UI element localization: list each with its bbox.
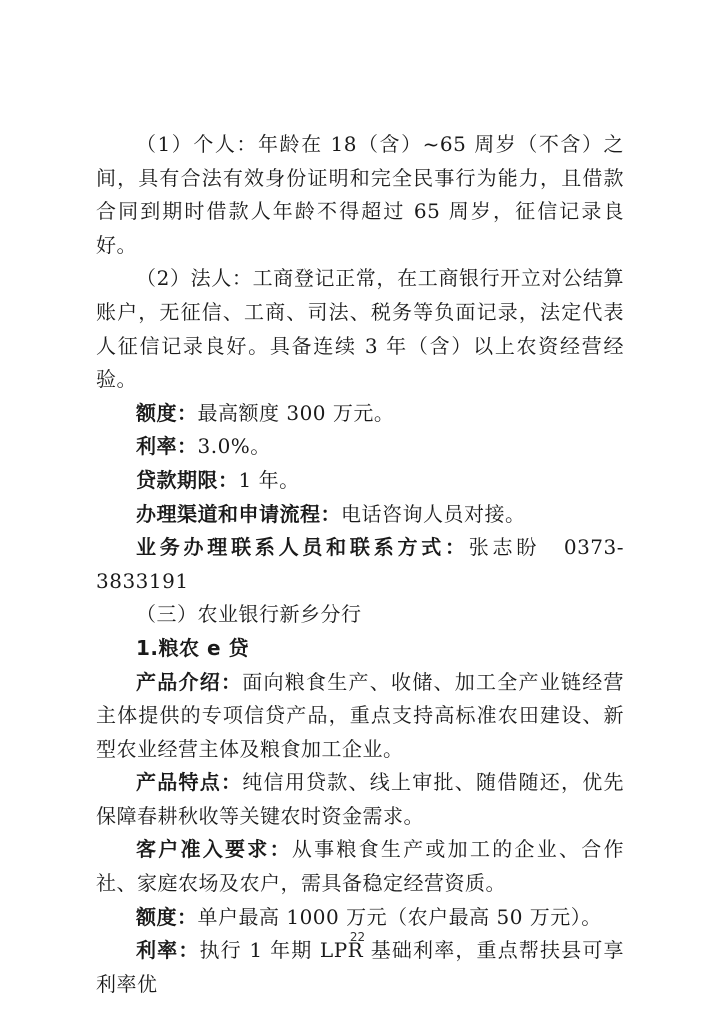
paragraph-text: 1 年。 bbox=[239, 468, 300, 492]
paragraph-label: 贷款期限： bbox=[136, 468, 239, 492]
paragraph-label: 业务办理联系人员和联系方式： bbox=[136, 535, 469, 559]
paragraph-label: 1.粮农 e 贷 bbox=[136, 636, 249, 660]
paragraph-text: （三）农业银行新乡分行 bbox=[136, 602, 362, 626]
paragraph-label: 客户准入要求： bbox=[136, 837, 292, 861]
paragraph-contact: 业务办理联系人员和联系方式：张志盼 0373-3833191 bbox=[96, 531, 624, 598]
paragraph-text: （2）法人：工商登记正常，在工商银行开立对公结算账户，无征信、工商、司法、税务等… bbox=[96, 266, 624, 391]
paragraph-text: 最高额度 300 万元。 bbox=[198, 401, 395, 425]
paragraph-label: 额度： bbox=[136, 401, 198, 425]
paragraph-application-channel: 办理渠道和申请流程：电话咨询人员对接。 bbox=[96, 498, 624, 532]
section-heading-abc-xinxiang: （三）农业银行新乡分行 bbox=[96, 598, 624, 632]
product-heading: 1.粮农 e 贷 bbox=[96, 632, 624, 666]
paragraph-text: （1）个人：年龄在 18（含）~65 周岁（不含）之间，具有合法有效身份证明和完… bbox=[96, 132, 624, 257]
paragraph-individual-eligibility: （1）个人：年龄在 18（含）~65 周岁（不含）之间，具有合法有效身份证明和完… bbox=[96, 128, 624, 262]
paragraph-interest-rate: 利率：3.0%。 bbox=[96, 430, 624, 464]
paragraph-product-features: 产品特点：纯信用贷款、线上审批、随借随还，优先保障春耕秋收等关键农时资金需求。 bbox=[96, 766, 624, 833]
paragraph-amount: 额度：最高额度 300 万元。 bbox=[96, 397, 624, 431]
paragraph-label: 办理渠道和申请流程： bbox=[136, 502, 341, 526]
paragraph-label: 利率： bbox=[136, 434, 198, 458]
paragraph-text: 单户最高 1000 万元（农户最高 50 万元）。 bbox=[198, 905, 602, 929]
paragraph-text: 电话咨询人员对接。 bbox=[341, 502, 526, 526]
paragraph-legal-entity-eligibility: （2）法人：工商登记正常，在工商银行开立对公结算账户，无征信、工商、司法、税务等… bbox=[96, 262, 624, 396]
page-number: 22 bbox=[0, 930, 715, 944]
paragraph-label: 额度： bbox=[136, 905, 198, 929]
paragraph-loan-term: 贷款期限：1 年。 bbox=[96, 464, 624, 498]
paragraph-product-intro: 产品介绍：面向粮食生产、收储、加工全产业链经营主体提供的专项信贷产品，重点支持高… bbox=[96, 666, 624, 767]
paragraph-customer-requirements: 客户准入要求：从事粮食生产或加工的企业、合作社、家庭农场及农户，需具备稳定经营资… bbox=[96, 833, 624, 900]
document-page: （1）个人：年龄在 18（含）~65 周岁（不含）之间，具有合法有效身份证明和完… bbox=[0, 0, 715, 1011]
paragraph-label: 产品介绍： bbox=[136, 670, 242, 694]
paragraph-text: 3.0%。 bbox=[198, 434, 271, 458]
paragraph-label: 产品特点： bbox=[136, 770, 242, 794]
paragraph-interest-rate-2: 利率：执行 1 年期 LPR 基础利率，重点帮扶县可享利率优 bbox=[96, 934, 624, 1001]
document-body: （1）个人：年龄在 18（含）~65 周岁（不含）之间，具有合法有效身份证明和完… bbox=[96, 128, 624, 1001]
